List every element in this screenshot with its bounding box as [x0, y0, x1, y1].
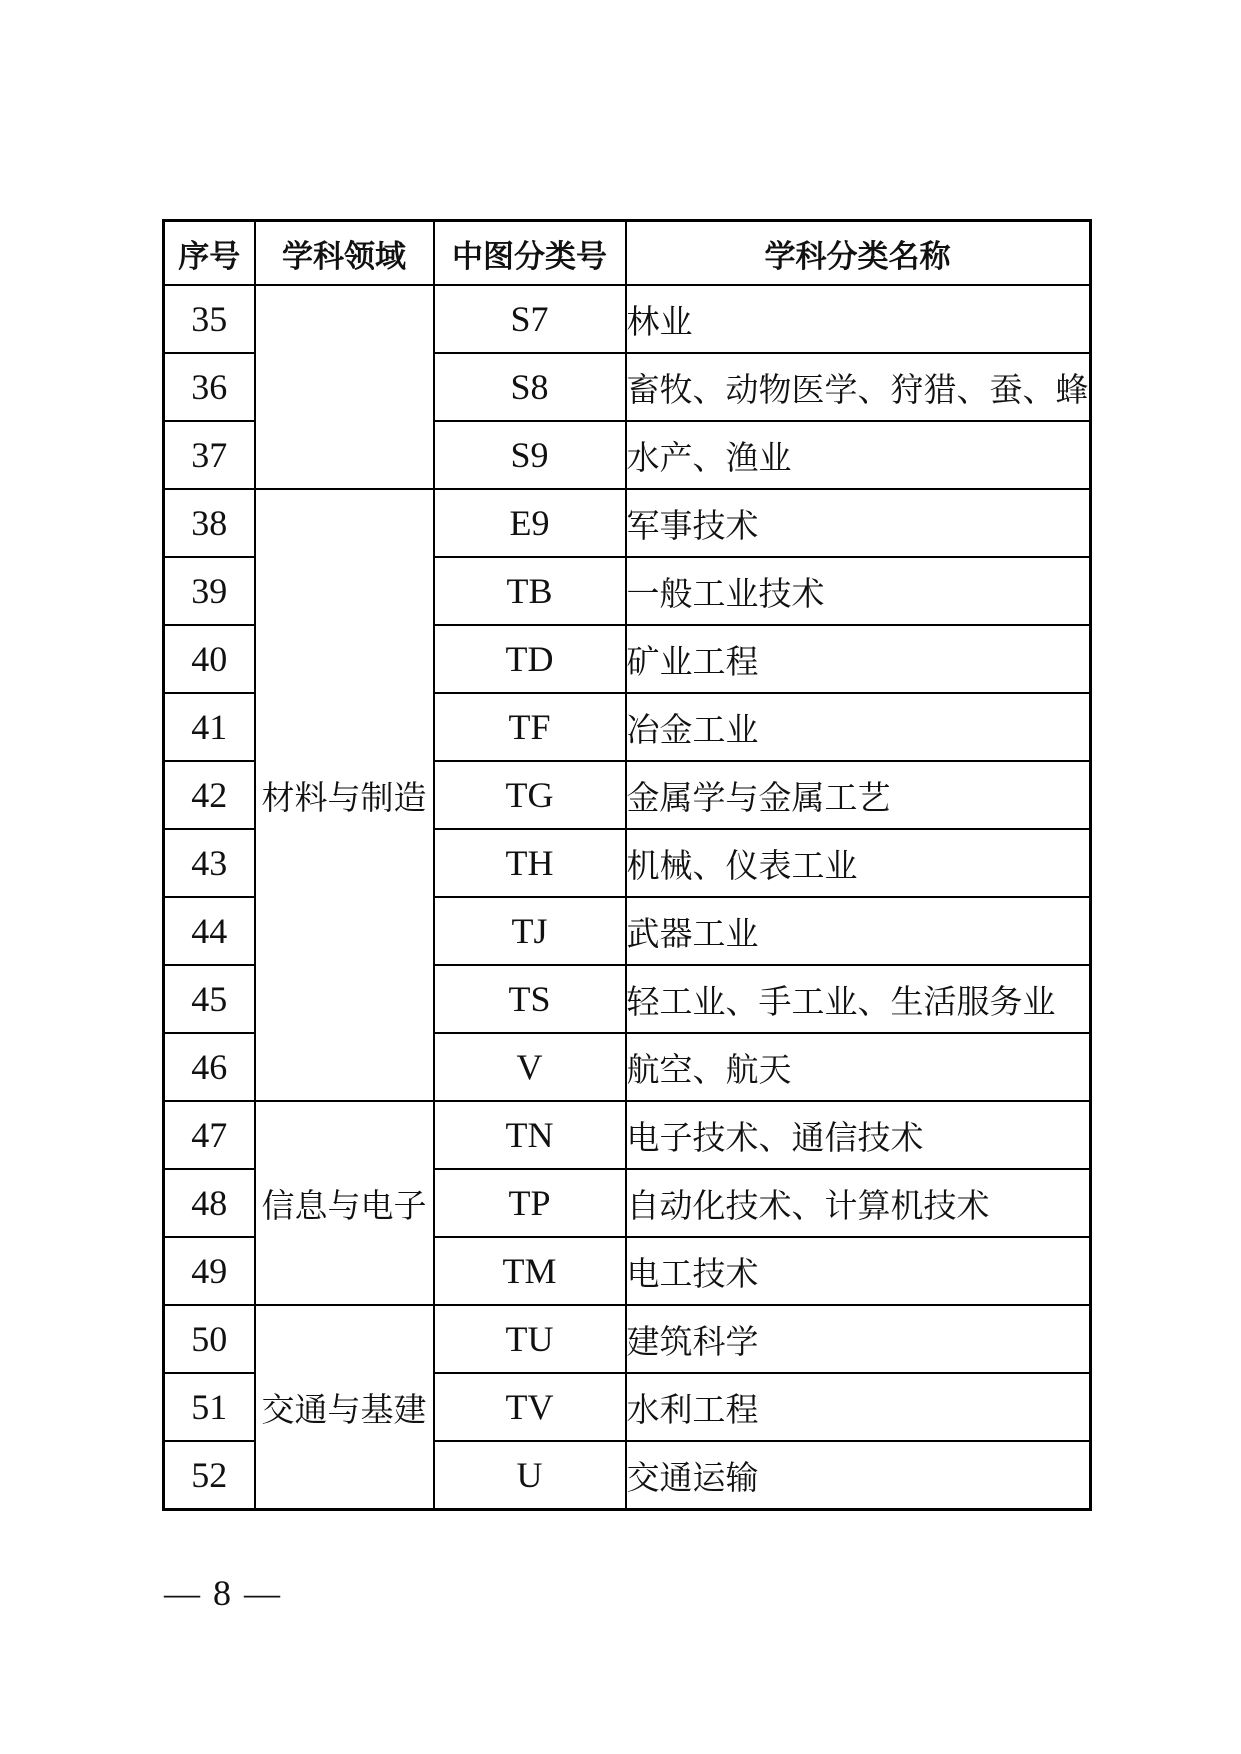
serial-number-cell: 39	[164, 557, 255, 625]
clc-number-cell: TH	[434, 829, 626, 897]
classification-table: 序号 学科领域 中图分类号 学科分类名称 35S7林业36S8畜牧、动物医学、狩…	[162, 219, 1092, 1511]
clc-number-cell: TM	[434, 1237, 626, 1305]
header-subject-field: 学科领域	[255, 221, 434, 286]
clc-number-cell: U	[434, 1441, 626, 1510]
clc-number-cell: TP	[434, 1169, 626, 1237]
serial-number-cell: 48	[164, 1169, 255, 1237]
clc-number-cell: S9	[434, 421, 626, 489]
page-number: — 8 —	[164, 1572, 282, 1614]
serial-number-cell: 38	[164, 489, 255, 557]
subject-field-cell: 交通与基建	[255, 1305, 434, 1510]
serial-number-cell: 45	[164, 965, 255, 1033]
header-subject-name: 学科分类名称	[626, 221, 1091, 286]
clc-number-cell: S8	[434, 353, 626, 421]
table-row: 38材料与制造E9军事技术	[164, 489, 1091, 557]
serial-number-cell: 37	[164, 421, 255, 489]
subject-name-cell: 武器工业	[626, 897, 1091, 965]
subject-field-cell	[255, 285, 434, 489]
subject-name-cell: 军事技术	[626, 489, 1091, 557]
clc-number-cell: TF	[434, 693, 626, 761]
subject-name-cell: 畜牧、动物医学、狩猎、蚕、蜂	[626, 353, 1091, 421]
header-clc-number: 中图分类号	[434, 221, 626, 286]
clc-number-cell: TV	[434, 1373, 626, 1441]
clc-number-cell: TD	[434, 625, 626, 693]
subject-name-cell: 自动化技术、计算机技术	[626, 1169, 1091, 1237]
clc-number-cell: TG	[434, 761, 626, 829]
subject-name-cell: 一般工业技术	[626, 557, 1091, 625]
serial-number-cell: 51	[164, 1373, 255, 1441]
clc-number-cell: TJ	[434, 897, 626, 965]
clc-number-cell: V	[434, 1033, 626, 1101]
table-row: 50交通与基建TU建筑科学	[164, 1305, 1091, 1373]
subject-name-cell: 水产、渔业	[626, 421, 1091, 489]
clc-number-cell: TN	[434, 1101, 626, 1169]
clc-number-cell: S7	[434, 285, 626, 353]
subject-name-cell: 建筑科学	[626, 1305, 1091, 1373]
serial-number-cell: 35	[164, 285, 255, 353]
serial-number-cell: 40	[164, 625, 255, 693]
subject-field-cell: 信息与电子	[255, 1101, 434, 1305]
subject-name-cell: 矿业工程	[626, 625, 1091, 693]
table-header-row: 序号 学科领域 中图分类号 学科分类名称	[164, 221, 1091, 286]
serial-number-cell: 47	[164, 1101, 255, 1169]
serial-number-cell: 52	[164, 1441, 255, 1510]
document-page: 序号 学科领域 中图分类号 学科分类名称 35S7林业36S8畜牧、动物医学、狩…	[0, 0, 1241, 1754]
serial-number-cell: 50	[164, 1305, 255, 1373]
subject-name-cell: 水利工程	[626, 1373, 1091, 1441]
table-row: 35S7林业	[164, 285, 1091, 353]
subject-name-cell: 电工技术	[626, 1237, 1091, 1305]
subject-field-cell: 材料与制造	[255, 489, 434, 1101]
subject-name-cell: 冶金工业	[626, 693, 1091, 761]
clc-number-cell: TB	[434, 557, 626, 625]
subject-name-cell: 机械、仪表工业	[626, 829, 1091, 897]
serial-number-cell: 41	[164, 693, 255, 761]
subject-name-cell: 交通运输	[626, 1441, 1091, 1510]
subject-name-cell: 轻工业、手工业、生活服务业	[626, 965, 1091, 1033]
serial-number-cell: 42	[164, 761, 255, 829]
subject-name-cell: 航空、航天	[626, 1033, 1091, 1101]
clc-number-cell: E9	[434, 489, 626, 557]
subject-name-cell: 金属学与金属工艺	[626, 761, 1091, 829]
serial-number-cell: 44	[164, 897, 255, 965]
serial-number-cell: 43	[164, 829, 255, 897]
header-serial-number: 序号	[164, 221, 255, 286]
serial-number-cell: 46	[164, 1033, 255, 1101]
serial-number-cell: 49	[164, 1237, 255, 1305]
table-row: 47信息与电子TN电子技术、通信技术	[164, 1101, 1091, 1169]
serial-number-cell: 36	[164, 353, 255, 421]
clc-number-cell: TS	[434, 965, 626, 1033]
clc-number-cell: TU	[434, 1305, 626, 1373]
subject-name-cell: 林业	[626, 285, 1091, 353]
subject-name-cell: 电子技术、通信技术	[626, 1101, 1091, 1169]
